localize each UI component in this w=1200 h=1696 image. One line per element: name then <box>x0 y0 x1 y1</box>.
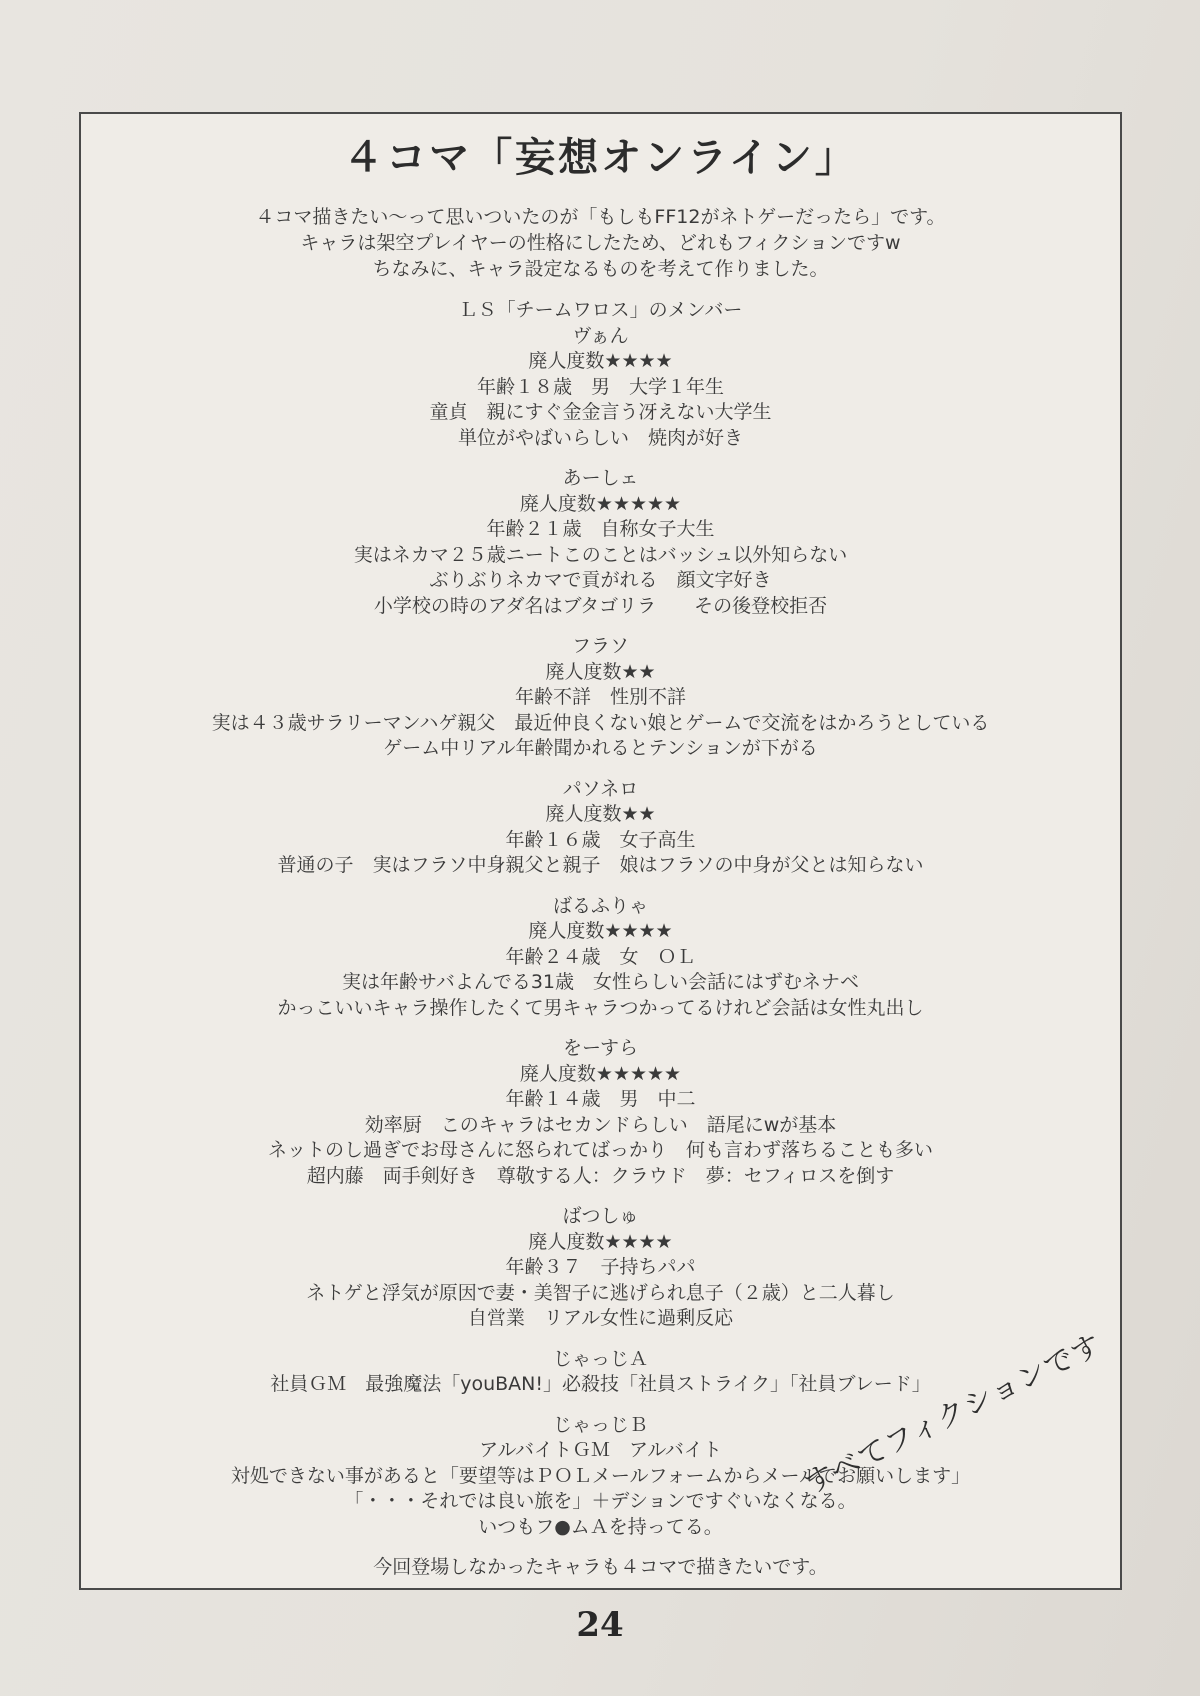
character-line: ネトゲと浮気が原因で妻・美智子に逃げられ息子（２歳）と二人暮し <box>81 1281 1120 1307</box>
character-line: 効率厨 このキャラはセカンドらしい 語尾にwが基本 <box>81 1113 1120 1139</box>
character-line: いつもフ●ムＡを持ってる。 <box>81 1515 1120 1541</box>
character-block-ashe: あーしェ 廃人度数★★★★★ 年齢２１歳 自称女子大生 実はネカマ２５歳ニートこ… <box>81 466 1120 619</box>
page-content: ４コマ「妄想オンライン」 ４コマ描きたい～って思いついたのが「もしもFF12がネ… <box>81 114 1120 1588</box>
character-line: 実は４３歳サラリーマンハゲ親父 最近仲良くない娘とゲームで交流をはかろうとしてい… <box>81 711 1120 737</box>
character-line: 廃人度数★★★★ <box>81 349 1120 375</box>
character-line: 年齢１６歳 女子高生 <box>81 828 1120 854</box>
character-line: ネットのし過ぎでお母さんに怒られてばっかり 何も言わず落ちることも多い <box>81 1138 1120 1164</box>
character-block-penelo: パソネロ 廃人度数★★ 年齢１６歳 女子高生 普通の子 実はフラソ中身親父と親子… <box>81 777 1120 879</box>
closing-line: 今回登場しなかったキャラも４コマで描きたいです。 <box>81 1555 1120 1581</box>
character-line: 対処できない事があると「要望等はＰＯＬメールフォームからメールでお願いします」 <box>81 1464 1120 1490</box>
character-name: フラソ <box>81 634 1120 660</box>
character-line: 実は年齢サバよんでる31歳 女性らしい会話にはずむネナベ <box>81 970 1120 996</box>
character-line: 廃人度数★★★★ <box>81 919 1120 945</box>
closing-note: 今回登場しなかったキャラも４コマで描きたいです。 <box>81 1555 1120 1581</box>
character-line: 単位がやばいらしい 焼肉が好き <box>81 426 1120 452</box>
intro-line: ４コマ描きたい～って思いついたのが「もしもFF12がネトゲーだったら」です。 <box>81 204 1120 230</box>
character-block-balflear: ばるふりゃ 廃人度数★★★★ 年齢２４歳 女 ＯＬ 実は年齢サバよんでる31歳 … <box>81 894 1120 1022</box>
group-header: ＬＳ「チームワロス」のメンバー <box>81 298 1120 324</box>
character-line: アルバイトＧＭ アルバイト <box>81 1438 1120 1464</box>
intro-paragraph: ４コマ描きたい～って思いついたのが「もしもFF12がネトゲーだったら」です。 キ… <box>81 204 1120 282</box>
character-line: 「・・・それでは良い旅を」＋デションですぐいなくなる。 <box>81 1489 1120 1515</box>
intro-line: ちなみに、キャラ設定なるものを考えて作りました。 <box>81 256 1120 282</box>
character-name: をーすら <box>81 1036 1120 1062</box>
intro-line: キャラは架空プレイヤーの性格にしたため、どれもフィクションですw <box>81 230 1120 256</box>
character-line: 超内藤 両手剣好き 尊敬する人：クラウド 夢：セフィロスを倒す <box>81 1164 1120 1190</box>
character-line: 年齢１８歳 男 大学１年生 <box>81 375 1120 401</box>
character-block-vossler: をーすら 廃人度数★★★★★ 年齢１４歳 男 中二 効率厨 このキャラはセカンド… <box>81 1036 1120 1189</box>
character-line: 年齢不詳 性別不詳 <box>81 685 1120 711</box>
character-line: 自営業 リアル女性に過剰反応 <box>81 1306 1120 1332</box>
character-line: 廃人度数★★★★★ <box>81 1062 1120 1088</box>
character-name: ヴぁん <box>81 324 1120 350</box>
character-line: 小学校の時のアダ名はブタゴリラ その後登校拒否 <box>81 594 1120 620</box>
character-line: 廃人度数★★ <box>81 802 1120 828</box>
character-line: ぶりぶりネカマで貢がれる 顔文字好き <box>81 568 1120 594</box>
character-block-basch: ばつしゅ 廃人度数★★★★ 年齢３７ 子持ちパパ ネトゲと浮気が原因で妻・美智子… <box>81 1204 1120 1332</box>
character-name: あーしェ <box>81 466 1120 492</box>
character-line: ゲーム中リアル年齢聞かれるとテンションが下がる <box>81 736 1120 762</box>
character-block-judge-b: じゃっじＢ アルバイトＧＭ アルバイト 対処できない事があると「要望等はＰＯＬメ… <box>81 1413 1120 1541</box>
character-block-fran: フラソ 廃人度数★★ 年齢不詳 性別不詳 実は４３歳サラリーマンハゲ親父 最近仲… <box>81 634 1120 762</box>
character-block-van: ＬＳ「チームワロス」のメンバー ヴぁん 廃人度数★★★★ 年齢１８歳 男 大学１… <box>81 298 1120 451</box>
character-line: 童貞 親にすぐ金金言う冴えない大学生 <box>81 400 1120 426</box>
character-line: 実はネカマ２５歳ニートこのことはバッシュ以外知らない <box>81 543 1120 569</box>
character-line: 廃人度数★★ <box>81 660 1120 686</box>
page-border-frame: ４コマ「妄想オンライン」 ４コマ描きたい～って思いついたのが「もしもFF12がネ… <box>79 112 1122 1590</box>
character-line: 普通の子 実はフラソ中身親父と親子 娘はフラソの中身が父とは知らない <box>81 853 1120 879</box>
character-name: パソネロ <box>81 777 1120 803</box>
page-number: 24 <box>0 1605 1200 1645</box>
character-line: 年齢２４歳 女 ＯＬ <box>81 945 1120 971</box>
character-line: 年齢３７ 子持ちパパ <box>81 1255 1120 1281</box>
character-line: 廃人度数★★★★★ <box>81 492 1120 518</box>
character-line: 廃人度数★★★★ <box>81 1230 1120 1256</box>
character-name: じゃっじＡ <box>81 1347 1120 1373</box>
character-line: 年齢１４歳 男 中二 <box>81 1087 1120 1113</box>
character-line: かっこいいキャラ操作したくて男キャラつかってるけれど会話は女性丸出し <box>81 996 1120 1022</box>
character-name: ばるふりゃ <box>81 894 1120 920</box>
character-line: 年齢２１歳 自称女子大生 <box>81 517 1120 543</box>
page-title: ４コマ「妄想オンライン」 <box>81 134 1120 182</box>
character-name: ばつしゅ <box>81 1204 1120 1230</box>
